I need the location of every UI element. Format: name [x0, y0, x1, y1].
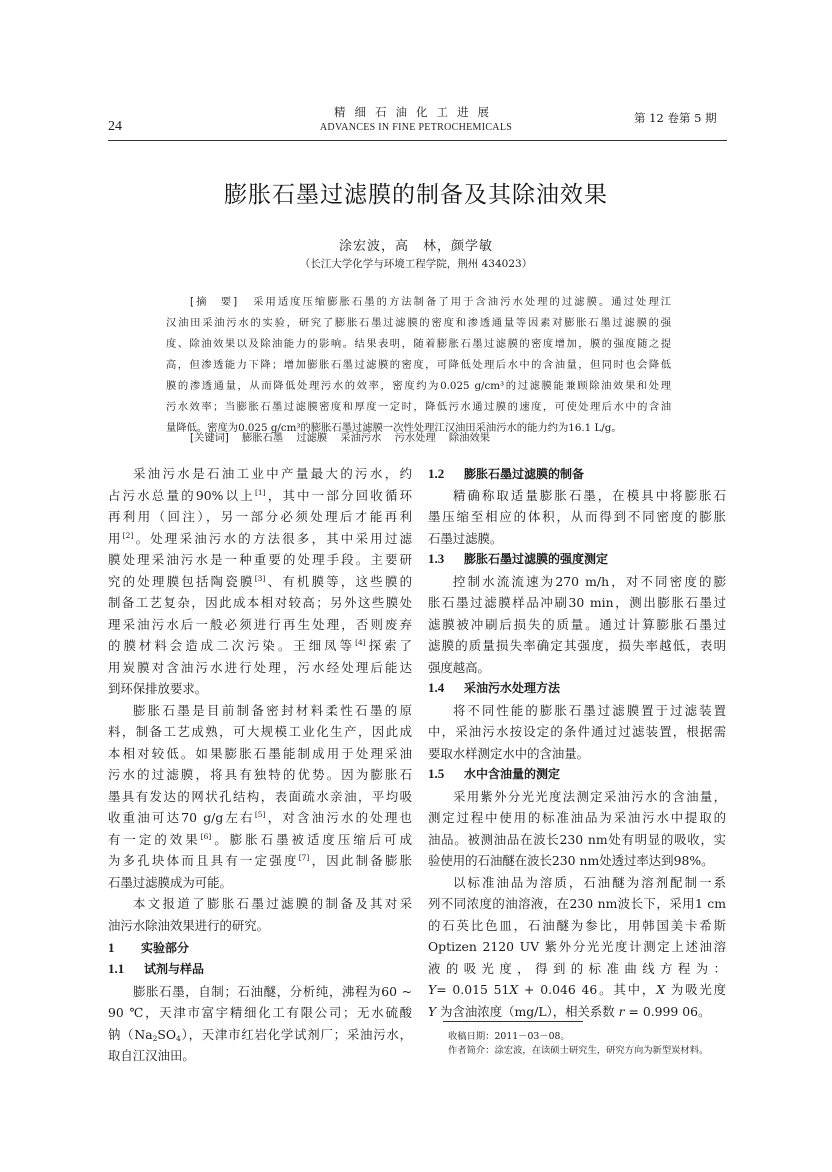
body-line: 墨压缩至相应的体积，从而得到不同密度的膨胀	[428, 507, 726, 525]
body-line: 收重油可达70 g/g左右[5]，对含油污水的处理也	[108, 808, 412, 826]
body-line: 膨胀石墨，自制；石油醚，分析纯，沸程为60 ~	[108, 982, 412, 1000]
body-line: Y 为含油浓度（mg/L），相关系数 r = 0.999 06。	[428, 1002, 726, 1020]
citation: [4]	[355, 638, 366, 647]
section-heading-1-2: 1.2膨胀石墨过滤膜的制备	[428, 465, 726, 482]
body-line: 强度越高。	[428, 658, 726, 676]
citation: [6]	[201, 832, 212, 841]
body-line: 精确称取适量膨胀石墨，在模具中将膨胀石	[428, 486, 726, 504]
section-heading-1-5: 1.5水中含油量的测定	[428, 765, 726, 782]
keyword: 过滤膜	[296, 432, 327, 444]
volume-issue: 第 12 卷第 5 期	[634, 110, 717, 126]
page-number: 24	[108, 119, 122, 135]
body-line: 用[2]。处理采油污水的方法很多，其中采用过滤	[108, 529, 412, 547]
footnote-author-bio: 作者简介：涂宏波，在读硕士研究生，研究方向为新型炭材料。	[448, 1042, 708, 1056]
abstract-label: [摘 要]	[190, 296, 237, 308]
abstract-line: [摘 要] 采用适度压缩膨胀石墨的方法制备了用于含油污水处理的过滤膜。通过处理江	[190, 293, 671, 308]
body-line: 为多孔块体而且具有一定强度[7]，因此制备膨胀	[108, 851, 412, 869]
keyword: 膨胀石墨	[242, 432, 283, 444]
footnote-received-date: 收稿日期：2011－03－08。	[448, 1028, 570, 1042]
equation-line: Y= 0.015 51X + 0.046 46。其中，X 为吸光度（%），	[428, 980, 726, 998]
body-line: 采用紫外分光光度法测定采油污水的含油量，	[428, 787, 726, 805]
body-line: 到环保排放要求。	[108, 679, 412, 697]
abstract-line: 度、除油效果以及除油能力的影响。结果表明，随着膨胀石墨过滤膜的密度增加，膜的强度…	[166, 335, 671, 350]
body-line: 90 ℃，天津市富宇精细化工有限公司；无水硫酸	[108, 1003, 412, 1021]
body-line: 控制水流流速为270 m/h，对不同密度的膨	[428, 572, 726, 590]
citation: [2]	[123, 531, 134, 540]
body-line: 石墨过滤膜成为可能。	[108, 873, 412, 891]
body-line: 膜处理采油污水是一种重要的处理手段。主要研	[108, 550, 412, 568]
body-line: 有一定的效果[6]。膨胀石墨被适度压缩后可成	[108, 830, 412, 848]
footnote-rule	[443, 1021, 583, 1022]
abstract-line: 汉油田采油污水的实验，研究了膨胀石墨过滤膜的密度和渗透通量等因素对膨胀石墨过滤膜…	[166, 314, 671, 329]
body-line: Optizen 2120 UV 紫外分光光度计测定上述油溶	[428, 937, 726, 955]
citation: [1]	[255, 488, 266, 497]
body-line: 钠（Na2SO4），天津市红岩化学试剂厂；采油污水，	[108, 1025, 412, 1043]
section-heading-1-1: 1.1试剂与样品	[108, 960, 412, 977]
body-line: 取自江汉油田。	[108, 1046, 412, 1064]
body-line: 的石英比色皿，石油醚为参比，用韩国美卡希斯	[428, 916, 726, 934]
body-line: 验使用的石油醚在波长230 nm处透过率达到98%。	[428, 851, 726, 869]
keyword: 采油污水	[340, 432, 381, 444]
abstract-line: 污水效率；当膨胀石墨过滤膜密度和厚度一定时，降低污水通过膜的速度，可使处理后水中…	[166, 398, 671, 413]
body-line: 油品。被测油品在波长230 nm处有明显的吸收，实	[428, 830, 726, 848]
abstract-line: 膜的渗透通量，从而降低处理污水的效率，密度约为0.025 g/cm³的过滤膜能兼…	[166, 377, 671, 392]
body-line: 滤膜的质量损失率确定其强度，损失率越低，表明	[428, 636, 726, 654]
header-rule	[108, 140, 727, 141]
body-line: 石墨过滤膜。	[428, 529, 726, 547]
body-line: 本文报道了膨胀石墨过滤膜的制备及其对采	[108, 894, 412, 912]
citation: [7]	[299, 853, 310, 862]
citation: [3]	[255, 574, 266, 583]
body-line: 滤膜被冲刷后损失的质量。通过计算膨胀石墨过	[428, 615, 726, 633]
body-line: 要取水样测定水中的含油量。	[428, 744, 726, 762]
keywords: [关键词] 膨胀石墨 过滤膜 采油污水 污水处理 除油效果	[190, 429, 671, 444]
citation: [5]	[255, 810, 266, 819]
body-line: 制备工艺复杂，因此成本相对较高；另外这些膜处	[108, 593, 412, 611]
article-title: 膨胀石墨过滤膜的制备及其除油效果	[0, 176, 832, 209]
keyword: 污水处理	[395, 432, 436, 444]
section-heading-1-4: 1.4采油污水处理方法	[428, 679, 726, 696]
body-line: 油污水除油效果进行的研究。	[108, 916, 412, 934]
section-heading-1: 1实验部分	[108, 939, 412, 956]
body-line: 本相对较低。如果膨胀石墨能制成用于处理采油	[108, 744, 412, 762]
body-line: 测定过程中使用的标准油品为采油污水中提取的	[428, 808, 726, 826]
body-line: 占污水总量的90%以上[1]，其中一部分回收循环	[108, 486, 412, 504]
body-line: 采油污水是石油工业中产量最大的污水，约	[108, 464, 412, 482]
body-line: 用炭膜对含油污水进行处理，污水经处理后能达	[108, 658, 412, 676]
section-heading-1-3: 1.3膨胀石墨过滤膜的强度测定	[428, 550, 726, 567]
abstract-line: 高，但渗透能力下降；增加膨胀石墨过滤膜的密度，可降低处理后水中的含油量，但同时也…	[166, 356, 671, 371]
body-line: 料，制备工艺成熟，可大规模工业化生产，因此成	[108, 722, 412, 740]
body-line: 再利用（回注），另一部分必须处理后才能再利	[108, 507, 412, 525]
body-line: 胀石墨过滤膜样品冲刷30 min，测出膨胀石墨过	[428, 593, 726, 611]
keyword: 除油效果	[449, 432, 490, 444]
body-line: 液的吸光度，得到的标准曲线方程为：	[428, 959, 726, 977]
body-line: 的膜材料会造成二次污染。王细凤等[4]探索了	[108, 636, 412, 654]
body-line: 墨具有发达的网状孔结构，表面疏水亲油，平均吸	[108, 787, 412, 805]
keywords-label: [关键词]	[190, 432, 229, 444]
body-line: 究的处理膜包括陶瓷膜[3]、有机膜等，这些膜的	[108, 572, 412, 590]
body-line: 将不同性能的膨胀石墨过滤膜置于过滤装置	[428, 701, 726, 719]
body-line: 列不同浓度的油溶液，在230 nm波长下，采用1 cm	[428, 894, 726, 912]
article-affiliation: （长江大学化学与环境工程学院，荆州 434023）	[0, 256, 832, 271]
body-line: 膨胀石墨是目前制备密封材料柔性石墨的原	[108, 701, 412, 719]
article-authors: 涂宏波，高 林，颜学敏	[0, 235, 832, 254]
body-line: 中，采油污水按设定的条件通过过滤装置，根据需	[428, 722, 726, 740]
body-line: 污水的过滤膜，将具有独特的优势。因为膨胀石	[108, 765, 412, 783]
body-line: 以标准油品为溶质，石油醚为溶剂配制一系	[428, 873, 726, 891]
body-line: 理采油污水后一般必须进行再生处理，否则废弃	[108, 615, 412, 633]
